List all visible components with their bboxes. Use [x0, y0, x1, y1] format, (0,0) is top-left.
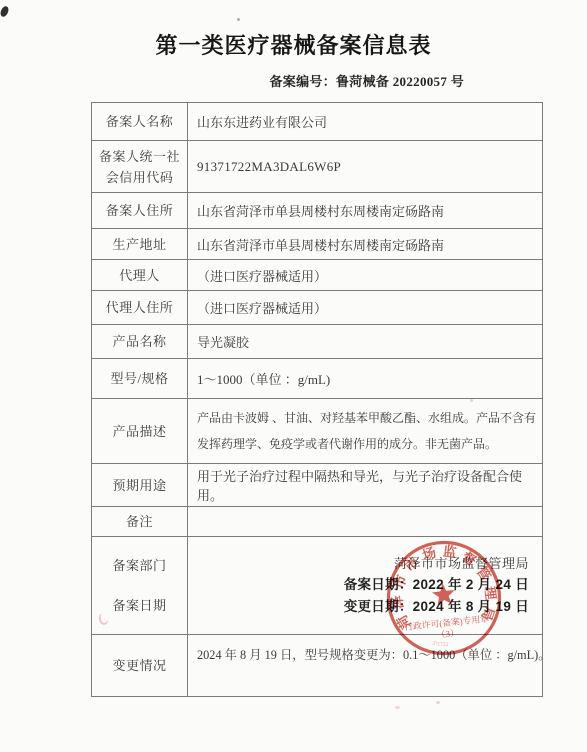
- row-value: 产品由卡波姆 、甘油、对羟基苯甲酸乙酯、水组成。产品不含有 发挥药理学、免疫学或…: [188, 399, 543, 464]
- row-label: 代理人住所: [92, 291, 188, 325]
- row-applicant-address: 备案人住所 山东省菏泽市单县周楼村东周楼南定砀路南: [92, 193, 543, 229]
- seal-number: （3）: [436, 628, 459, 640]
- row-model-spec: 型号/规格 1～1000（单位 ：g/mL): [92, 359, 543, 399]
- registration-dept-label: 备案部门: [112, 555, 166, 576]
- seal-code: 371722: [431, 639, 449, 650]
- row-applicant-name: 备案人名称 山东东进药业有限公司: [92, 103, 543, 141]
- row-intended-use: 预期用途 用于光子治疗过程中隔热和导光，与光子治疗设备配合使用。: [92, 464, 543, 507]
- row-label: 型号/规格: [92, 359, 188, 399]
- row-credit-code: 备案人统一社会信用代码 91371722MA3DAL6W6P: [92, 141, 543, 193]
- scan-artifact: [470, 399, 473, 402]
- document-page: 第一类医疗器械备案信息表 备案编号：鲁菏械备 20220057 号 备案人名称 …: [0, 0, 587, 752]
- scan-artifact: [0, 5, 10, 18]
- row-label: 产品名称: [92, 325, 188, 359]
- description-line: 发挥药理学、免疫学或者代谢作用的成分。非无菌产品。: [197, 431, 538, 457]
- row-label: 备案人统一社会信用代码: [92, 141, 188, 193]
- row-label: 产品描述: [92, 399, 188, 464]
- row-label: 备案人名称: [92, 103, 188, 141]
- seal-star-icon: [431, 582, 456, 606]
- row-production-address: 生产地址 山东省菏泽市单县周楼村东周楼南定砀路南: [92, 229, 543, 260]
- row-value: 山东东进药业有限公司: [188, 103, 543, 141]
- row-value: 山东省菏泽市单县周楼村东周楼南定砀路南: [188, 229, 543, 260]
- row-product-description: 产品描述 产品由卡波姆 、甘油、对羟基苯甲酸乙酯、水组成。产品不含有 发挥药理学…: [92, 399, 543, 464]
- scan-artifact: [237, 18, 240, 21]
- row-label: 生产地址: [92, 229, 188, 260]
- scan-artifact: [436, 701, 440, 704]
- description-line: 产品由卡波姆 、甘油、对羟基苯甲酸乙酯、水组成。产品不含有: [197, 405, 538, 431]
- row-label: 备注: [92, 507, 188, 537]
- scan-artifact: [395, 706, 400, 709]
- row-value: 1～1000（单位 ：g/mL): [188, 359, 543, 399]
- page-title: 第一类医疗器械备案信息表: [0, 29, 587, 60]
- row-label: 代理人: [92, 260, 188, 291]
- row-product-name: 产品名称 导光凝胶: [92, 325, 543, 359]
- row-value: （进口医疗器械适用）: [188, 260, 543, 291]
- official-red-seal: 菏泽市市场监督管理局 行政许可(备案)专用章 （3） 371722: [376, 530, 512, 666]
- record-number: 备案编号：鲁菏械备 20220057 号: [0, 71, 464, 90]
- row-label: 备案人住所: [92, 193, 188, 229]
- registration-date-label: 备案日期: [112, 595, 166, 616]
- row-value: （进口医疗器械适用）: [188, 291, 543, 325]
- row-label: 变更情况: [92, 635, 188, 697]
- row-value: 91371722MA3DAL6W6P: [188, 141, 543, 193]
- row-value: 导光凝胶: [188, 325, 543, 359]
- row-label: 预期用途: [92, 464, 188, 507]
- row-value: 用于光子治疗过程中隔热和导光，与光子治疗设备配合使用。: [188, 464, 543, 507]
- row-agent-address: 代理人住所 （进口医疗器械适用）: [92, 291, 543, 325]
- row-agent: 代理人 （进口医疗器械适用）: [92, 260, 543, 291]
- row-value: 山东省菏泽市单县周楼村东周楼南定砀路南: [188, 193, 543, 229]
